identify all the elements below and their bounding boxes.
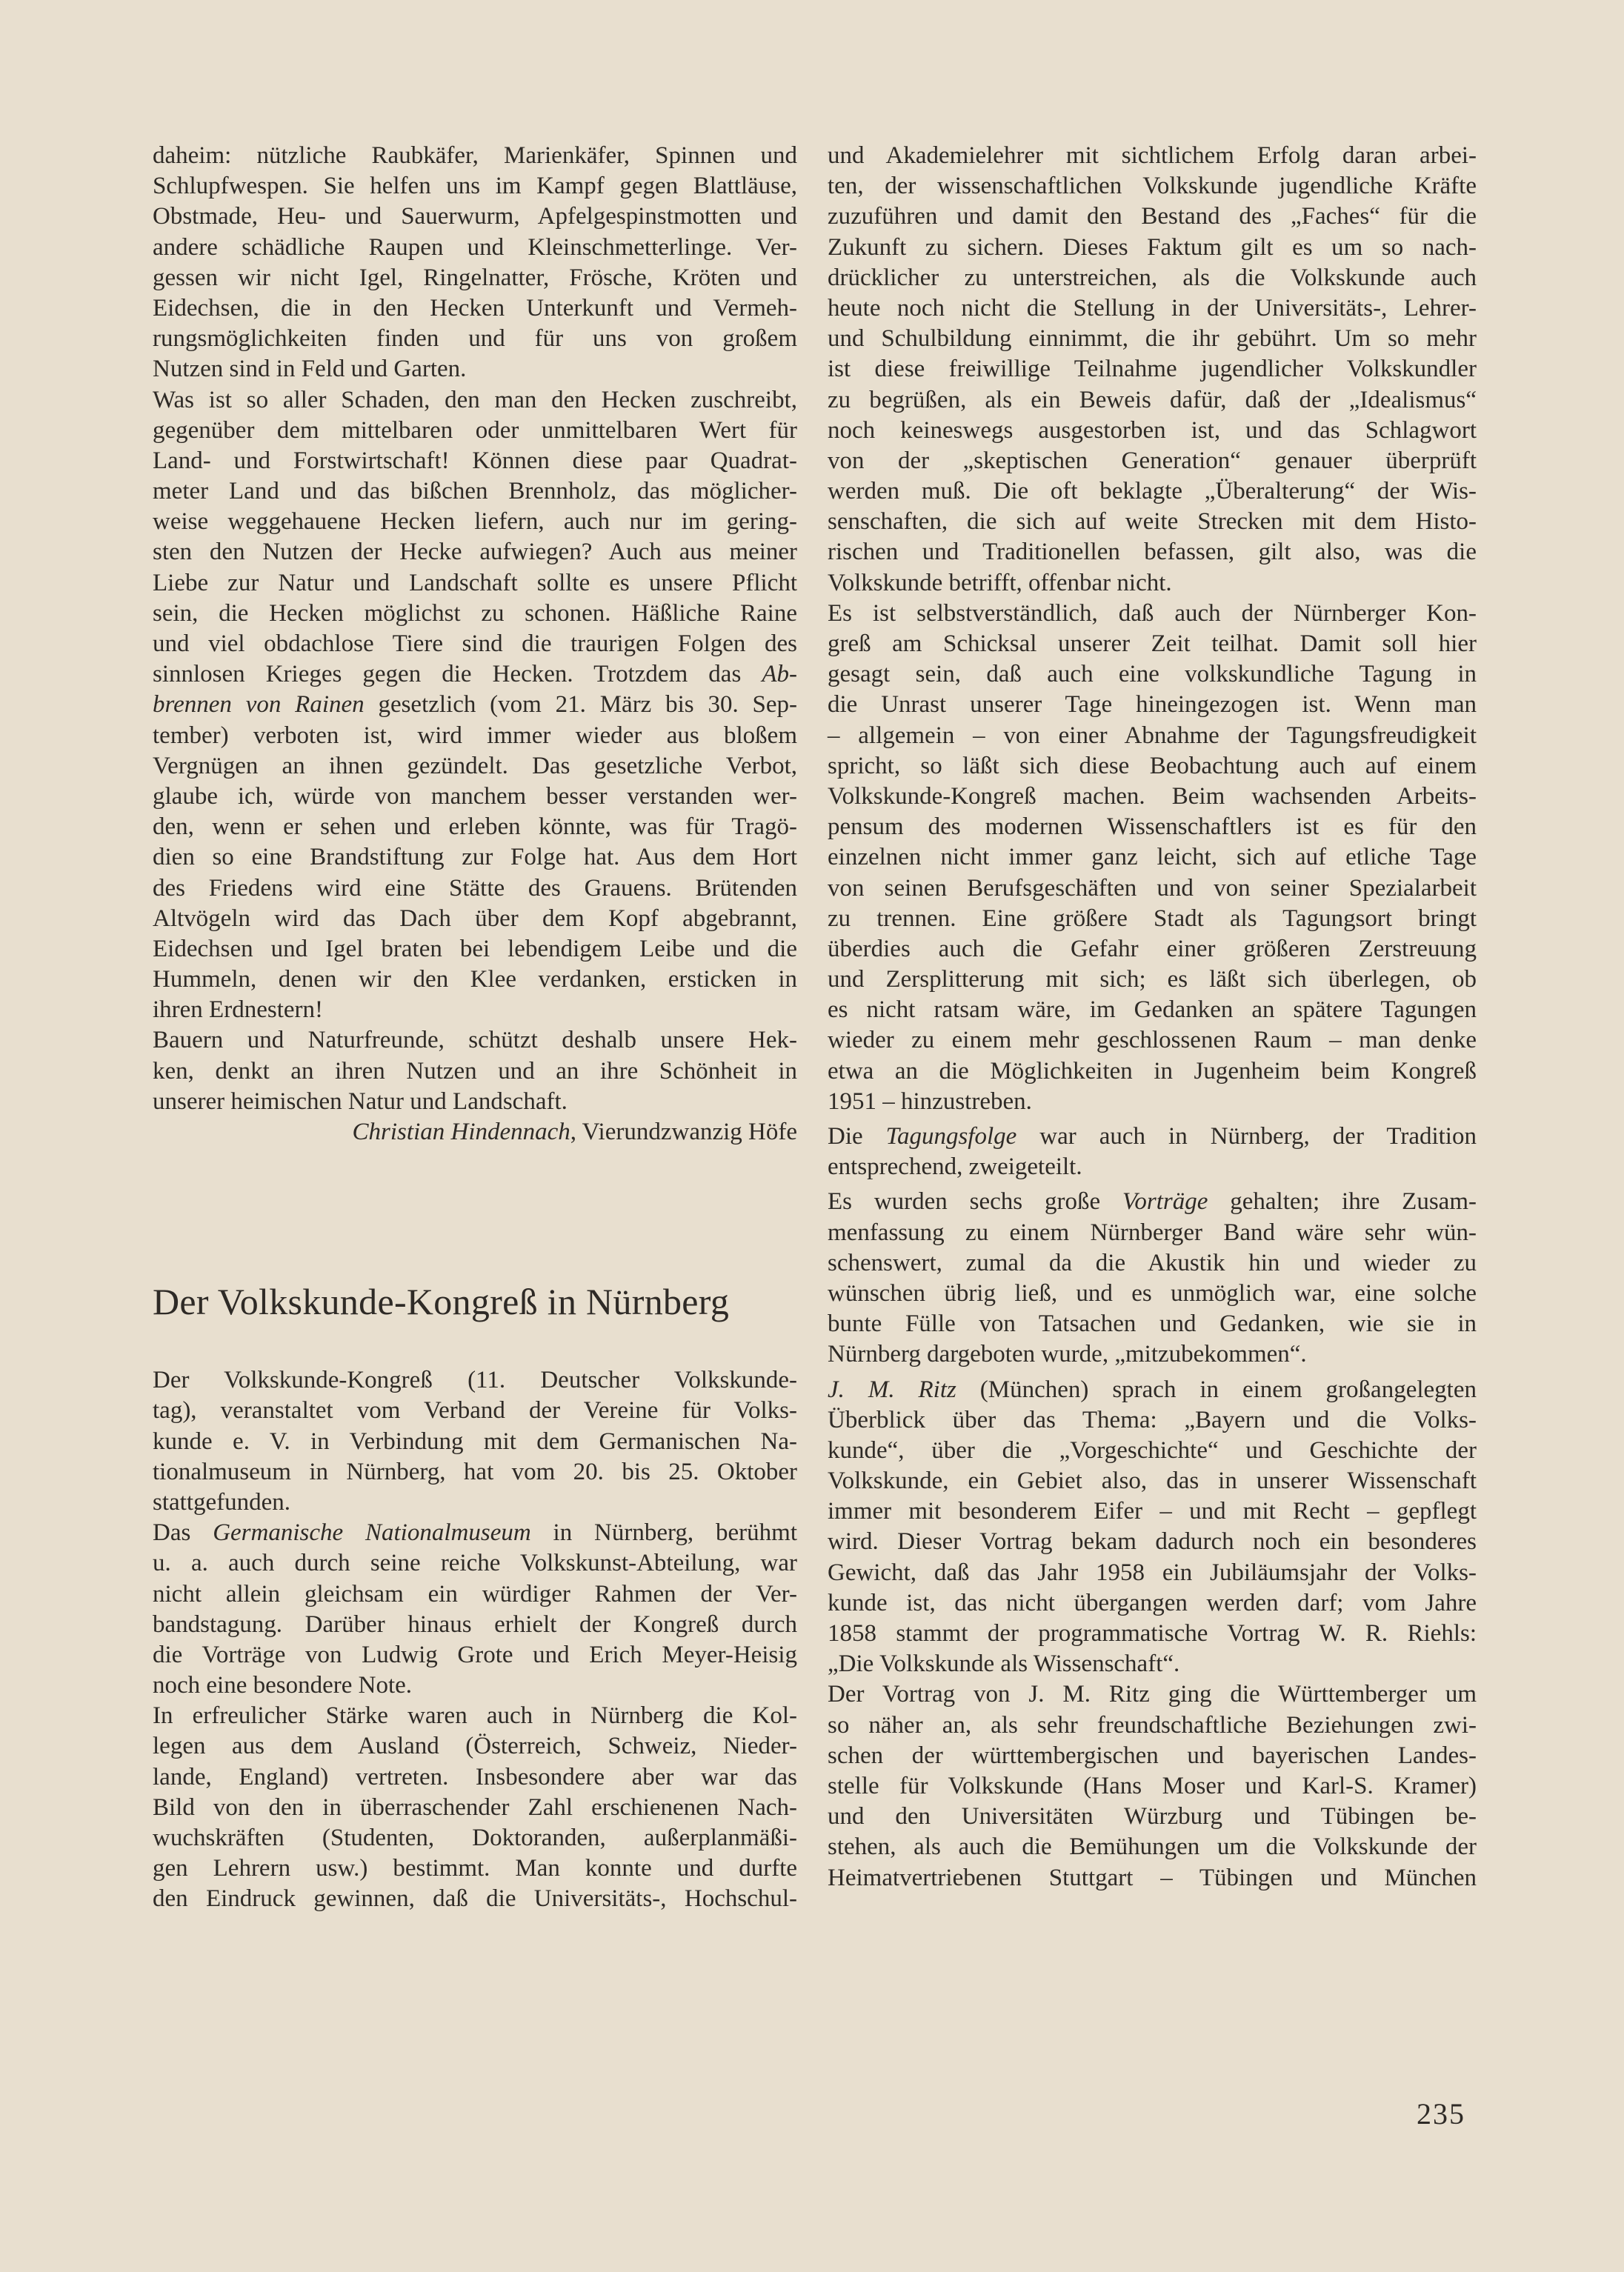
text-line: Zukunft zu sichern. Dieses Faktum gilt e… [828, 233, 1477, 263]
text-line: Die Tagungsfolge war auch in Nürnberg, d… [828, 1122, 1477, 1152]
italic-segment: brennen von Rainen [153, 691, 365, 718]
text-line: Volkskunde, ein Gebiet also, das in unse… [828, 1466, 1477, 1496]
text-line: so näher an, als sehr freundschaftliche … [828, 1710, 1477, 1741]
text-line: Volkskunde betrifft, offenbar nicht. [828, 568, 1477, 599]
text-line: wünschen übrig ließ, und es unmöglich wa… [828, 1279, 1477, 1309]
text-line: schenswert, zumal da die Akustik hin und… [828, 1248, 1477, 1279]
text-line: Nürnberg dargeboten wurde, „mitzubekomme… [828, 1339, 1477, 1370]
text-segment: war auch in Nürnberg, der Tradition [1016, 1123, 1477, 1150]
text-line: Hummeln, denen wir den Klee verdanken, e… [153, 965, 797, 995]
author-name: Christian Hindennach [353, 1119, 570, 1145]
paragraph: J. M. Ritz (München) sprach in einem gro… [828, 1375, 1477, 1680]
text-line: ist diese freiwillige Teilnahme jugendli… [828, 354, 1477, 384]
text-line: menfassung zu einem Nürnberger Band wäre… [828, 1218, 1477, 1248]
text-line: 1951 – hinzustreben. [828, 1087, 1477, 1117]
kongress-article: Der Volkskunde-Kongreß in Nürnberg Der V… [153, 1279, 797, 1914]
text-line: gen Lehrern usw.) bestimmt. Man konnte u… [153, 1853, 797, 1884]
author-place: , Vierundzwanzig Höfe [570, 1119, 797, 1145]
text-line: ken, denkt an ihren Nutzen und an ihre S… [153, 1056, 797, 1087]
text-line: entsprechend, zweigeteilt. [828, 1152, 1477, 1182]
text-line: Heimatvertriebenen Stuttgart – Tübingen … [828, 1863, 1477, 1893]
text-segment: sinnlosen Krieges gegen die Hecken. Trot… [153, 661, 741, 687]
text-line: greß am Schicksal unserer Zeit teilhat. … [828, 629, 1477, 659]
text-line: zu begrüßen, als ein Beweis dafür, daß d… [828, 385, 1477, 416]
text-line: rischen und Traditionellen befassen, gil… [828, 537, 1477, 567]
text-line: werden muß. Die oft beklagte „Überalteru… [828, 476, 1477, 507]
text-line: Es wurden sechs große Vorträge gehalten;… [828, 1187, 1477, 1217]
text-line: Der Volkskunde-Kongreß (11. Deutscher Vo… [153, 1365, 797, 1396]
text-segment: (München) sprach in einem großangelegten [956, 1376, 1477, 1403]
text-line: den, wenn er sehen und erleben könnte, w… [153, 812, 797, 842]
text-line: wird. Dieser Vortrag bekam dadurch noch … [828, 1527, 1477, 1557]
text-line: u. a. auch durch seine reiche Volkskunst… [153, 1548, 797, 1579]
text-line: In erfreulicher Stärke waren auch in Nür… [153, 1701, 797, 1731]
paragraph: Die Tagungsfolge war auch in Nürnberg, d… [828, 1122, 1477, 1182]
text-line: den Eindruck gewinnen, daß die Universit… [153, 1884, 797, 1914]
text-line: pensum des modernen Wissenschaftlers ist… [828, 812, 1477, 842]
text-line: drücklicher zu unterstreichen, als die V… [828, 263, 1477, 293]
text-line: stehen, als auch die Bemühungen um die V… [828, 1832, 1477, 1862]
text-line: – allgemein – von einer Abnahme der Tagu… [828, 721, 1477, 751]
text-line: sein, die Hecken möglichst zu schonen. H… [153, 599, 797, 629]
text-line: noch eine besondere Note. [153, 1670, 797, 1701]
text-line: kunde“, über die „Vorgeschichte“ und Ges… [828, 1436, 1477, 1466]
text-line: Eidechsen und Igel braten bei lebendigem… [153, 934, 797, 965]
text-line: Gewicht, daß das Jahr 1958 ein Jubiläums… [828, 1558, 1477, 1588]
signature: Christian Hindennach, Vierundzwanzig Höf… [153, 1117, 797, 1147]
text-line: Es ist selbstverständlich, daß auch der … [828, 599, 1477, 629]
text-line: schen der württembergischen und bayerisc… [828, 1741, 1477, 1771]
paragraph: daheim: nützliche Raubkäfer, Marienkäfer… [153, 141, 797, 385]
text-line: ten, der wissenschaftlichen Volkskunde j… [828, 171, 1477, 201]
text-line: Altvögeln wird das Dach über dem Kopf ab… [153, 904, 797, 934]
text-line: Nutzen sind in Feld und Garten. [153, 354, 797, 384]
book-page: daheim: nützliche Raubkäfer, Marienkäfer… [0, 0, 1624, 2272]
text-line: die Vorträge von Ludwig Grote und Erich … [153, 1640, 797, 1670]
text-line: rungsmöglichkeiten finden und für uns vo… [153, 324, 797, 354]
text-line: etwa an die Möglichkeiten in Jugenheim b… [828, 1056, 1477, 1087]
paragraph: und Akademielehrer mit sichtlichem Erfol… [828, 141, 1477, 599]
text-line: es nicht ratsam wäre, im Gedanken an spä… [828, 995, 1477, 1025]
text-line: kunde e. V. in Verbindung mit dem German… [153, 1427, 797, 1457]
text-line: 1858 stammt der programmatische Vortrag … [828, 1619, 1477, 1649]
text-line: tag), veranstaltet vom Verband der Verei… [153, 1396, 797, 1426]
text-line: von seinen Berufsgeschäften und von sein… [828, 873, 1477, 904]
paragraph: Es ist selbstverständlich, daß auch der … [828, 599, 1477, 1117]
text-segment: Es wurden sechs große [828, 1188, 1122, 1215]
text-line: lande, England) vertreten. Insbesondere … [153, 1762, 797, 1793]
text-line: senschaften, die sich auf weite Strecken… [828, 507, 1477, 537]
paragraph: Der Volkskunde-Kongreß (11. Deutscher Vo… [153, 1365, 797, 1518]
text-line: Vergnügen an ihnen gezündelt. Das gesetz… [153, 751, 797, 782]
text-line: überdies auch die Gefahr einer größeren … [828, 934, 1477, 965]
text-line: gegenüber dem mittelbaren oder unmittelb… [153, 416, 797, 446]
text-line: bunte Fülle von Tatsachen und Gedanken, … [828, 1309, 1477, 1339]
text-line: Was ist so aller Schaden, den man den He… [153, 385, 797, 416]
italic-segment: J. M. Ritz [828, 1376, 956, 1403]
hecken-article: daheim: nützliche Raubkäfer, Marienkäfer… [153, 141, 797, 1147]
text-line: bandstagung. Darüber hinaus erhielt der … [153, 1610, 797, 1640]
text-line: legen aus dem Ausland (Österreich, Schwe… [153, 1731, 797, 1762]
text-line: tember) verboten ist, wird immer wieder … [153, 721, 797, 751]
text-segment: gehalten; ihre Zusam- [1208, 1188, 1477, 1215]
text-line: und Akademielehrer mit sichtlichem Erfol… [828, 141, 1477, 171]
text-line: meter Land und das bißchen Brennholz, da… [153, 476, 797, 507]
italic-segment: Ab- [762, 661, 797, 687]
text-line: sinnlosen Krieges gegen die Hecken. Trot… [153, 659, 797, 690]
text-line: und Schulbildung einnimmt, die ihr gebüh… [828, 324, 1477, 354]
text-line: sten den Nutzen der Hecke aufwiegen? Auc… [153, 537, 797, 567]
paragraph: Bauern und Naturfreunde, schützt deshalb… [153, 1025, 797, 1117]
text-line: brennen von Rainen gesetzlich (vom 21. M… [153, 690, 797, 720]
italic-segment: Germanische Nationalmuseum [213, 1519, 530, 1546]
text-line: die Unrast unserer Tage hineingezogen is… [828, 690, 1477, 720]
paragraph: In erfreulicher Stärke waren auch in Nür… [153, 1701, 797, 1914]
text-line: daheim: nützliche Raubkäfer, Marienkäfer… [153, 141, 797, 171]
text-line: und den Universitäten Würzburg und Tübin… [828, 1802, 1477, 1832]
italic-segment: Tagungsfolge [886, 1123, 1017, 1150]
text-segment: in Nürnberg, berühmt [531, 1519, 797, 1546]
text-line: dien so eine Brandstiftung zur Folge hat… [153, 842, 797, 873]
text-line: zuzuführen und damit den Bestand des „Fa… [828, 201, 1477, 232]
text-segment: Die [828, 1123, 886, 1150]
text-line: Eidechsen, die in den Hecken Unterkunft … [153, 293, 797, 324]
text-line: Bauern und Naturfreunde, schützt deshalb… [153, 1025, 797, 1056]
text-line: Der Vortrag von J. M. Ritz ging die Würt… [828, 1679, 1477, 1710]
text-line: des Friedens wird eine Stätte des Grauen… [153, 873, 797, 904]
text-line: und Zersplitterung mit sich; es läßt sic… [828, 965, 1477, 995]
text-line: heute noch nicht die Stellung in der Uni… [828, 293, 1477, 324]
text-line: Schlupfwespen. Sie helfen uns im Kampf g… [153, 171, 797, 201]
text-line: nicht allein gleichsam ein würdiger Rahm… [153, 1579, 797, 1610]
left-column: daheim: nützliche Raubkäfer, Marienkäfer… [153, 141, 797, 1915]
paragraph: Was ist so aller Schaden, den man den He… [153, 385, 797, 1026]
text-line: weise weggehauene Hecken liefern, auch n… [153, 507, 797, 537]
text-line: unserer heimischen Natur und Landschaft. [153, 1087, 797, 1117]
text-line: immer mit besonderem Eifer – und mit Rec… [828, 1496, 1477, 1527]
text-line: spricht, so läßt sich diese Beobachtung … [828, 751, 1477, 782]
text-line: gessen wir nicht Igel, Ringelnatter, Frö… [153, 263, 797, 293]
text-segment: Das [153, 1519, 213, 1546]
paragraph: Der Vortrag von J. M. Ritz ging die Würt… [828, 1679, 1477, 1893]
text-line: ihren Erdnestern! [153, 995, 797, 1025]
paragraph: Es wurden sechs große Vorträge gehalten;… [828, 1187, 1477, 1370]
text-line: noch keineswegs ausgestorben ist, und da… [828, 416, 1477, 446]
text-line: wieder zu einem mehr geschlossenen Raum … [828, 1025, 1477, 1056]
text-line: glaube ich, würde von manchem besser ver… [153, 782, 797, 812]
text-line: Überblick über das Thema: „Bayern und di… [828, 1405, 1477, 1436]
text-line: J. M. Ritz (München) sprach in einem gro… [828, 1375, 1477, 1405]
text-line: Bild von den in überraschender Zahl ersc… [153, 1793, 797, 1823]
text-line: zu trennen. Eine größere Stadt als Tagun… [828, 904, 1477, 934]
text-line: und viel obdachlose Tiere sind die traur… [153, 629, 797, 659]
text-line: wuchskräften (Studenten, Doktoranden, au… [153, 1823, 797, 1853]
italic-segment: Vorträge [1122, 1188, 1208, 1215]
text-line: Land- und Forstwirtschaft! Können diese … [153, 446, 797, 476]
text-line: von der „skeptischen Generation“ genauer… [828, 446, 1477, 476]
paragraph: Das Germanische Nationalmuseum in Nürnbe… [153, 1518, 797, 1701]
text-segment: gesetzlich (vom 21. März bis 30. Sep- [365, 691, 797, 718]
text-line: Liebe zur Natur und Landschaft sollte es… [153, 568, 797, 599]
text-line: einzelnen nicht immer ganz leicht, sich … [828, 842, 1477, 873]
text-line: Das Germanische Nationalmuseum in Nürnbe… [153, 1518, 797, 1548]
text-line: stelle für Volkskunde (Hans Moser und Ka… [828, 1771, 1477, 1802]
text-line: Volkskunde-Kongreß machen. Beim wachsend… [828, 782, 1477, 812]
text-line: Obstmade, Heu- und Sauerwurm, Apfelgespi… [153, 201, 797, 232]
text-line: andere schädliche Raupen und Kleinschmet… [153, 233, 797, 263]
text-line: tionalmuseum in Nürnberg, hat vom 20. bi… [153, 1457, 797, 1488]
text-line: stattgefunden. [153, 1488, 797, 1518]
text-line: kunde ist, das nicht übergangen werden d… [828, 1588, 1477, 1619]
article-title: Der Volkskunde-Kongreß in Nürnberg [153, 1279, 797, 1324]
page-number: 235 [1417, 2096, 1465, 2131]
text-line: „Die Volkskunde als Wissenschaft“. [828, 1649, 1477, 1679]
text-line: gesagt sein, daß auch eine volkskundlich… [828, 659, 1477, 690]
right-column: und Akademielehrer mit sichtlichem Erfol… [828, 141, 1477, 1893]
